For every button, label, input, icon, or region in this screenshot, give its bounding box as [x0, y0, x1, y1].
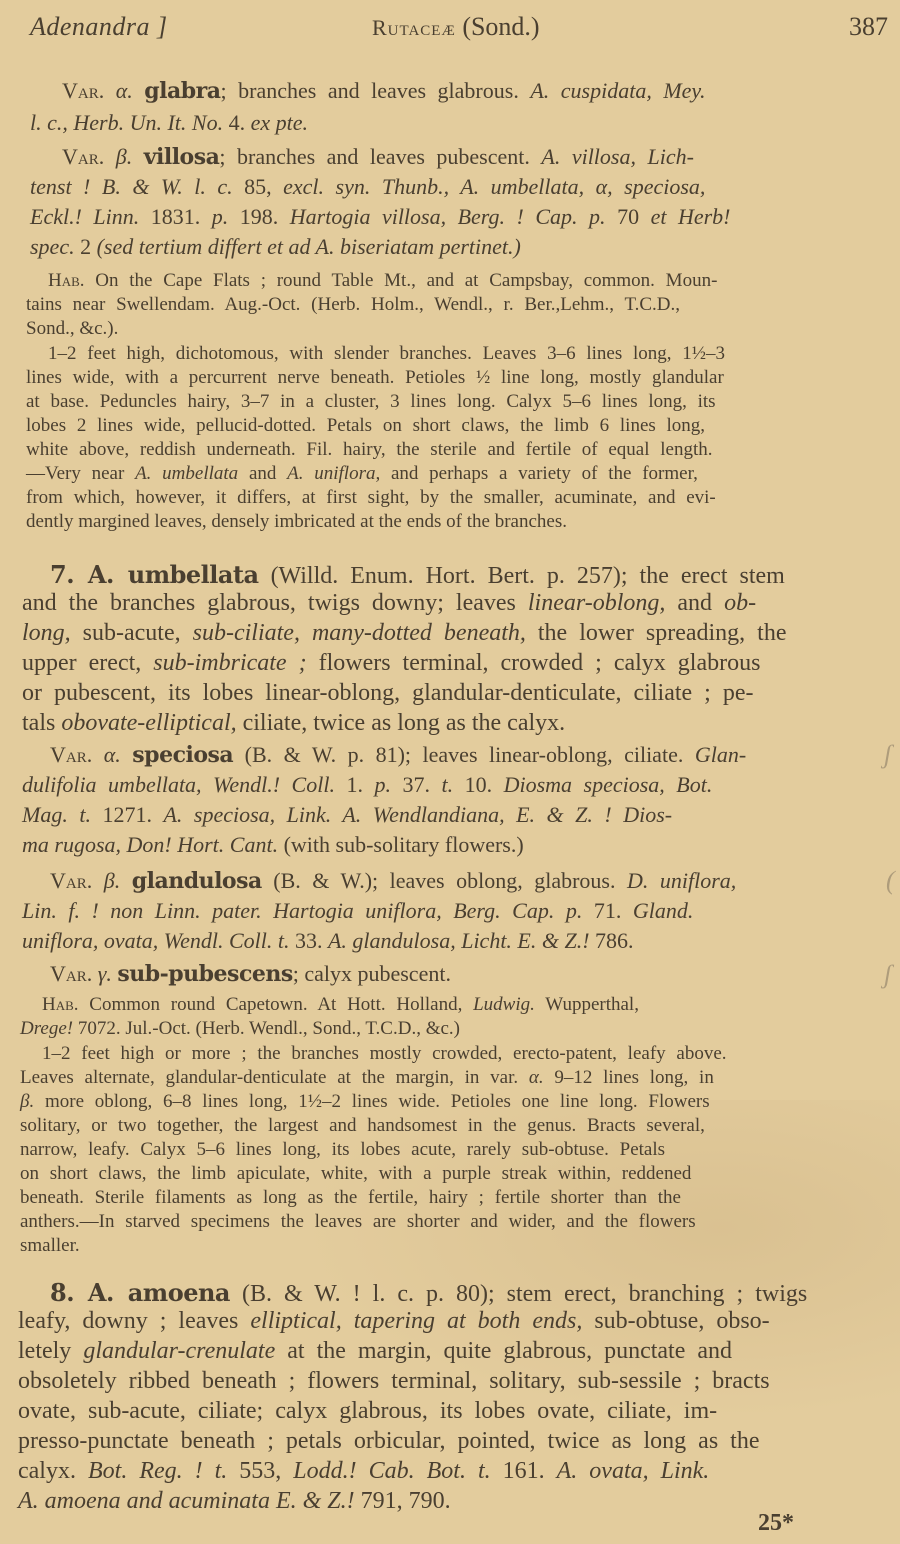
italic-text: long,	[22, 620, 71, 646]
text-line: Mag. t. 1271. A. speciosa, Link. A. Wend…	[22, 802, 672, 828]
italic-text: p.	[374, 772, 402, 797]
italic-text: linear-oblong,	[528, 590, 666, 616]
text-line: 8. A. amoena (B. & W. ! l. c. p. 80); st…	[50, 1278, 807, 1308]
text-run: on short claws, the limb apiculate, whit…	[20, 1163, 691, 1184]
text-run: smaller.	[20, 1235, 80, 1256]
italic-text: uniflora, ovata, Wendl. Coll. t.	[22, 928, 295, 953]
italic-text: Lin. f. ! non Linn. pater. Hartogia unif…	[22, 898, 594, 923]
text-run: (B. & W. ! l. c. p. 80); stem erect, bra…	[230, 1281, 807, 1307]
text-line: dulifolia umbellata, Wendl.! Coll. 1. p.…	[22, 772, 712, 798]
italic-text: α.	[529, 1067, 544, 1088]
italic-text: glandular-crenulate	[83, 1338, 275, 1364]
text-line: Sond., &c.).	[26, 318, 118, 340]
section-title: Rutaceæ (Sond.)	[372, 12, 540, 42]
text-run: Sond., &c.).	[26, 318, 118, 339]
text-line: —Very near A. umbellata and A. uniflora,…	[26, 463, 698, 485]
text-line: 1–2 feet high, dichotomous, with slender…	[48, 343, 725, 365]
text-line: anthers.—In starved specimens the leaves…	[20, 1211, 696, 1233]
page-number: 387	[849, 12, 888, 42]
text-line: Leaves alternate, glandular-denticulate …	[20, 1067, 714, 1089]
text-line: smaller.	[20, 1235, 80, 1257]
italic-text: α.	[104, 78, 144, 103]
text-run: tains near Swellendam. Aug.-Oct. (Herb. …	[26, 294, 680, 315]
taxon-name: glandulosa	[132, 868, 262, 894]
text-run: upper erect,	[22, 650, 153, 676]
italic-text: Mag. t.	[22, 802, 102, 827]
italic-text: Glan-	[695, 742, 746, 767]
text-line: on short claws, the limb apiculate, whit…	[20, 1163, 691, 1185]
text-run: 1–2 feet high or more ; the branches mos…	[42, 1043, 727, 1064]
italic-text: sub-imbricate ;	[153, 650, 306, 676]
text-run: white above, reddish underneath. Fil. ha…	[26, 439, 713, 460]
italic-text: A. amoena and acuminata E. & Z.!	[18, 1488, 361, 1514]
label-small-caps: Var.	[50, 742, 92, 767]
text-run: lobes 2 lines wide, pellucid-dotted. Pet…	[26, 415, 705, 436]
text-line: l. c., Herb. Un. It. No. 4. ex pte.	[30, 110, 308, 136]
italic-text: γ.	[92, 961, 117, 986]
text-run: 161.	[503, 1458, 557, 1484]
text-line: from which, however, it differs, at firs…	[26, 487, 716, 509]
italic-text: t.	[441, 772, 464, 797]
text-run: dently margined leaves, densely imbricat…	[26, 511, 567, 532]
text-run: ; branches and leaves pubescent.	[219, 144, 541, 169]
italic-text: A. speciosa, Link. A. Wendlandiana, E. &…	[163, 802, 672, 827]
italic-text: A. ovata, Link.	[557, 1458, 710, 1484]
text-run: 2	[80, 234, 97, 259]
text-run: 9–12 lines long, in	[544, 1067, 714, 1088]
text-line: tains near Swellendam. Aug.-Oct. (Herb. …	[26, 294, 680, 316]
text-run: (B. & W. p. 81); leaves linear-oblong, c…	[233, 742, 695, 767]
italic-text: A. villosa, Lich-	[541, 144, 694, 169]
italic-text: p.	[212, 204, 240, 229]
label-small-caps: Var.	[62, 78, 104, 103]
running-head: Adenandra ]	[30, 12, 168, 42]
italic-text: tenst ! B. & W. l. c.	[30, 174, 244, 199]
text-line: beneath. Sterile filaments as long as th…	[20, 1187, 681, 1209]
text-run: On the Cape Flats ; round Table Mt., and…	[85, 270, 718, 291]
text-line: and the branches glabrous, twigs downy; …	[22, 590, 756, 617]
text-line: presso-punctate beneath ; petals orbicul…	[18, 1428, 759, 1455]
text-run: 1–2 feet high, dichotomous, with slender…	[48, 343, 725, 364]
text-run: flowers terminal, crowded ; calyx glabro…	[307, 650, 761, 676]
text-line: tals obovate-elliptical, ciliate, twice …	[22, 710, 565, 737]
italic-text: Hartogia villosa, Berg. ! Cap. p.	[290, 204, 617, 229]
taxon-name: sub-pubescens	[117, 961, 292, 987]
italic-text: elliptical, tapering at both ends,	[250, 1308, 582, 1334]
text-run: 71.	[594, 898, 633, 923]
text-line: Hab. Common round Capetown. At Hott. Hol…	[42, 994, 639, 1016]
text-run: ciliate, twice as long as the calyx.	[237, 710, 566, 736]
italic-text: D. uniflora,	[627, 868, 736, 893]
italic-text: Eckl.! Linn.	[30, 204, 151, 229]
text-run: solitary, or two together, the largest a…	[20, 1115, 705, 1136]
text-run: beneath. Sterile filaments as long as th…	[20, 1187, 681, 1208]
text-line: ma rugosa, Don! Hort. Cant. (with sub-so…	[22, 832, 524, 858]
text-line: lines wide, with a percurrent nerve bene…	[26, 367, 724, 389]
text-run: 37.	[402, 772, 441, 797]
italic-text: A. umbellata	[135, 463, 238, 484]
page-header: Adenandra ] Rutaceæ (Sond.) 387	[30, 10, 888, 50]
text-run: and the branches glabrous, twigs downy; …	[22, 590, 528, 616]
text-run: tals	[22, 710, 61, 736]
label-small-caps: Var.	[62, 144, 104, 169]
text-line: obsoletely ribbed beneath ; flowers term…	[18, 1368, 770, 1395]
text-line: ovate, sub-acute, ciliate; calyx glabrou…	[18, 1398, 717, 1425]
text-run: the lower spreading, the	[526, 620, 787, 646]
text-run: (with sub-solitary flowers.)	[278, 832, 524, 857]
margin-annotation-mark: (	[886, 866, 895, 896]
text-run: ovate, sub-acute, ciliate; calyx glabrou…	[18, 1398, 717, 1424]
italic-text: Bot. Reg. ! t.	[88, 1458, 239, 1484]
text-line: white above, reddish underneath. Fil. ha…	[26, 439, 713, 461]
text-line: upper erect, sub-imbricate ; flowers ter…	[22, 650, 760, 677]
text-run: 786.	[595, 928, 634, 953]
text-run: 70	[617, 204, 651, 229]
italic-text: A. glandulosa, Licht. E. & Z.!	[328, 928, 595, 953]
text-run: more oblong, 6–8 lines long, 1½–2 lines …	[34, 1091, 709, 1112]
text-line: A. amoena and acuminata E. & Z.! 791, 79…	[18, 1488, 451, 1515]
text-line: letely glandular-crenulate at the margin…	[18, 1338, 732, 1365]
italic-text: ex pte.	[251, 110, 308, 135]
text-run: calyx.	[18, 1458, 88, 1484]
text-run: 7072. Jul.-Oct. (Herb. Wendl., Sond., T.…	[73, 1018, 460, 1039]
text-line: β. more oblong, 6–8 lines long, 1½–2 lin…	[20, 1091, 710, 1113]
text-run: sub-obtuse, obso-	[582, 1308, 769, 1334]
text-run: or pubescent, its lobes linear-oblong, g…	[22, 680, 753, 706]
text-run: 85,	[244, 174, 283, 199]
text-line: 1–2 feet high or more ; the branches mos…	[42, 1043, 727, 1065]
italic-text: β.	[20, 1091, 34, 1112]
italic-text: (sed tertium differt et ad A. biseriatam…	[97, 234, 521, 259]
text-line: Lin. f. ! non Linn. pater. Hartogia unif…	[22, 898, 693, 924]
taxon-name: 7. A. umbellata	[50, 560, 259, 589]
italic-text: Lodd.! Cab. Bot. t.	[293, 1458, 502, 1484]
text-run: anthers.—In starved specimens the leaves…	[20, 1211, 696, 1232]
text-run: 1271.	[102, 802, 163, 827]
text-run: and	[665, 590, 724, 616]
text-line: solitary, or two together, the largest a…	[20, 1115, 705, 1137]
taxon-name: glabra	[144, 78, 220, 104]
text-run: lines wide, with a percurrent nerve bene…	[26, 367, 724, 388]
book-page: Adenandra ] Rutaceæ (Sond.) 387 Var. α. …	[0, 0, 900, 1544]
text-run: 33.	[295, 928, 328, 953]
italic-text: A. uniflora,	[287, 463, 380, 484]
text-line: long, sub-acute, sub-ciliate, many-dotte…	[22, 620, 786, 647]
text-run: at the margin, quite glabrous, punctate …	[275, 1338, 732, 1364]
text-run: Leaves alternate, glandular-denticulate …	[20, 1067, 529, 1088]
italic-text: β.	[92, 868, 131, 893]
italic-text: Drege!	[20, 1018, 73, 1039]
text-line: Var. α. speciosa (B. & W. p. 81); leaves…	[50, 742, 746, 768]
margin-annotation-mark: ʃ	[884, 740, 891, 770]
text-line: 7. A. umbellata (Willd. Enum. Hort. Bert…	[50, 560, 785, 590]
text-line: Drege! 7072. Jul.-Oct. (Herb. Wendl., So…	[20, 1018, 460, 1040]
text-line: Eckl.! Linn. 1831. p. 198. Hartogia vill…	[30, 204, 730, 230]
text-run: (Willd. Enum. Hort. Bert. p. 257); the e…	[259, 563, 785, 589]
italic-text: ob-	[724, 590, 756, 616]
italic-text: Diosma speciosa, Bot.	[504, 772, 713, 797]
text-run: (B. & W.); leaves oblong, glabrous.	[262, 868, 627, 893]
text-run: narrow, leafy. Calyx 5–6 lines long, its…	[20, 1139, 665, 1160]
text-line: Hab. On the Cape Flats ; round Table Mt.…	[48, 270, 717, 292]
text-run: Wupperthal,	[535, 994, 639, 1015]
italic-text: l. c., Herb. Un. It. No.	[30, 110, 229, 135]
italic-text: α.	[92, 742, 132, 767]
text-line: or pubescent, its lobes linear-oblong, g…	[22, 680, 753, 707]
italic-text: dulifolia umbellata, Wendl.! Coll.	[22, 772, 346, 797]
italic-text: sub-ciliate, many-dotted beneath,	[193, 620, 526, 646]
text-line: tenst ! B. & W. l. c. 85, excl. syn. Thu…	[30, 174, 705, 200]
text-run: from which, however, it differs, at firs…	[26, 487, 716, 508]
text-run: Common round Capetown. At Hott. Holland,	[79, 994, 474, 1015]
text-line: leafy, downy ; leaves elliptical, taperi…	[18, 1308, 770, 1335]
label-small-caps: Var.	[50, 961, 92, 986]
text-run: 198.	[240, 204, 290, 229]
taxon-name: 8. A. amoena	[50, 1278, 230, 1307]
italic-text: Gland.	[633, 898, 694, 923]
taxon-name: speciosa	[132, 742, 233, 768]
label-small-caps: Var.	[50, 868, 92, 893]
text-run: 1.	[346, 772, 374, 797]
text-run: 791, 790.	[361, 1488, 451, 1514]
italic-text: obovate-elliptical,	[61, 710, 236, 736]
label-small-caps: Hab.	[42, 994, 79, 1015]
text-run: letely	[18, 1338, 83, 1364]
text-run: ; calyx pubescent.	[293, 961, 451, 986]
text-run: ; branches and leaves glabrous.	[221, 78, 531, 103]
text-run: 553,	[239, 1458, 293, 1484]
italic-text: excl. syn. Thunb., A. umbellata, α, spec…	[283, 174, 705, 199]
text-run: 4.	[229, 110, 251, 135]
text-line: Var. α. glabra; branches and leaves glab…	[62, 78, 705, 104]
text-line: spec. 2 (sed tertium differt et ad A. bi…	[30, 234, 521, 260]
label-small-caps: Hab.	[48, 270, 85, 291]
text-line: calyx. Bot. Reg. ! t. 553, Lodd.! Cab. B…	[18, 1458, 709, 1485]
italic-text: ma rugosa, Don! Hort. Cant.	[22, 832, 278, 857]
text-line: Var. γ. sub-pubescens; calyx pubescent.	[50, 961, 451, 987]
text-line: at base. Peduncles hairy, 3–7 in a clust…	[26, 391, 716, 413]
margin-annotation-mark: ʃ	[884, 960, 891, 990]
text-line: narrow, leafy. Calyx 5–6 lines long, its…	[20, 1139, 665, 1161]
text-line: Var. β. glandulosa (B. & W.); leaves obl…	[50, 868, 736, 894]
italic-text: spec.	[30, 234, 80, 259]
text-run: obsoletely ribbed beneath ; flowers term…	[18, 1368, 770, 1394]
text-run: and perhaps a variety of the former,	[380, 463, 698, 484]
italic-text: β.	[104, 144, 143, 169]
text-line: lobes 2 lines wide, pellucid-dotted. Pet…	[26, 415, 705, 437]
text-run: leafy, downy ; leaves	[18, 1308, 250, 1334]
italic-text: A. cuspidata, Mey.	[530, 78, 705, 103]
text-run: presso-punctate beneath ; petals orbicul…	[18, 1428, 759, 1454]
taxon-name: villosa	[144, 144, 220, 170]
text-run: —Very near	[26, 463, 135, 484]
italic-text: Ludwig.	[473, 994, 535, 1015]
text-run: 1831.	[151, 204, 212, 229]
signature-mark: 25*	[758, 1510, 794, 1537]
text-run: and	[238, 463, 287, 484]
italic-text: et Herb!	[651, 204, 731, 229]
text-line: Var. β. villosa; branches and leaves pub…	[62, 144, 694, 170]
text-run: at base. Peduncles hairy, 3–7 in a clust…	[26, 391, 716, 412]
text-line: uniflora, ovata, Wendl. Coll. t. 33. A. …	[22, 928, 634, 954]
text-run: sub-acute,	[71, 620, 193, 646]
text-line: dently margined leaves, densely imbricat…	[26, 511, 567, 533]
text-run: 10.	[465, 772, 504, 797]
